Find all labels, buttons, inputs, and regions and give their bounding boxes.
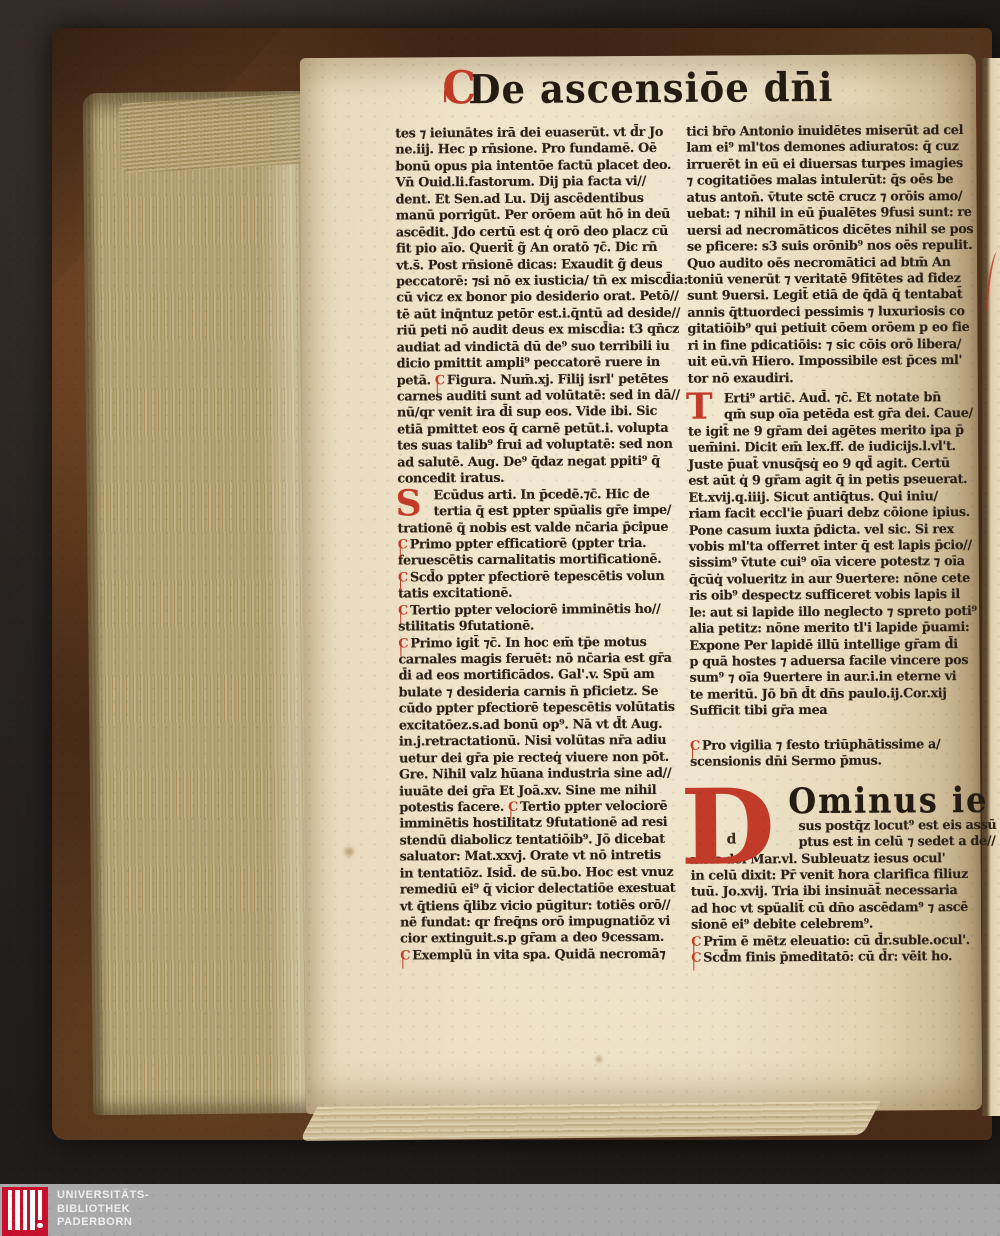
text-line: imminētis hostilitatz 9futationē ad resi [399, 815, 692, 833]
text-line: bulate ⁊ desideria carnis n̄ pficietz. S… [399, 684, 692, 702]
text-line: lam ei⁹ ml'tos demones adiuratos: q̄ cuz [686, 139, 979, 157]
text-line: fit pio aīo. Querit̄ g̃ An oratō ⁊c̄. Di… [396, 240, 689, 258]
text-line: sissim⁹ v̄tute cui⁹ oīa vicere potestz ⁊… [689, 554, 982, 572]
rubric-capitulum-icon: C [400, 948, 411, 965]
text-line: atus anton̄. v̄tute sctē crucz ⁊ orōis a… [687, 189, 980, 207]
dropcap-paragraph: SEcūdus arti. In p̄cedē.⁊c̄. Hic deterti… [397, 486, 690, 521]
text-line: CTertio ppter velociorē imminētis ho// [398, 601, 691, 619]
text-line: feruescētis carnalitatis mortificationē. [398, 552, 691, 570]
rubric-capitulum-icon: C [398, 636, 409, 653]
text-line: q̄cūq̇ volueritz in aur 9uertere: nōne c… [689, 571, 982, 589]
text-line: saluator: Mat.xxvj. Orate vt nō intretis [400, 848, 693, 866]
page-title-text: De ascensiōe dn̄i [468, 63, 833, 113]
text-line: audiat ad vindictā dū de⁹ suo terribili … [397, 338, 690, 356]
text-line: stilitatis 9futationē. [398, 618, 691, 636]
logo-bar [23, 1190, 28, 1230]
text-line: dent. Et Sen.ad Lu. Dij ascēdentibus [396, 190, 689, 208]
foxing-spot [596, 1056, 602, 1062]
library-name-line: UNIVERSITÄTS- [57, 1189, 149, 1203]
text-line: vt q̄tiens q̄libz vicio pūgitur: totiēs … [400, 897, 693, 915]
rubric-capitulum-icon: C [508, 800, 519, 817]
text-line: ne.iij. Hec p rn̄sione. Pro fundamē. Oē [395, 141, 688, 159]
text-line: uebat: ⁊ nihil in eū p̄ualētes 9fusi sun… [687, 205, 980, 223]
text-line: tertia q̄ est ppter spūalis gr̄e impe/ [398, 503, 691, 521]
library-name-line: PADERBORN [57, 1216, 149, 1230]
text-line: cū vicz ex bonor pio desiderio orat. Pet… [396, 289, 689, 307]
paderborn-library-logo-icon [2, 1187, 48, 1236]
text-line: vt.s̄. Post rn̄sionē dicas: Exaudit g̃ d… [396, 256, 689, 274]
text-line: ad hoc vt spūalit̄ cū dn̄o ascēdam⁹ ⁊ as… [691, 900, 984, 918]
text-line: d̄i ad eos mortificādos. Gal'.v. Spū am [399, 667, 692, 685]
rubricated-initial: S [395, 486, 421, 520]
text-line: ri in fine pdicatiōis: ⁊ sic cōis orō li… [688, 337, 981, 355]
text-line: uetur dei gr̄a pie recteq̇ viuere non pō… [399, 749, 692, 767]
text-line: ris oib⁹ despectz sufficeret vobis lapis… [689, 587, 982, 605]
text-line: le: aut si lapide illo neglecto ⁊ spreto… [689, 604, 982, 622]
guide-letter: d [727, 831, 737, 847]
text-line: uersi ad necromāticos dicētes nihil se p… [687, 222, 980, 240]
text-line: ascēdit. Jdo certū est q̇ orō deo placz … [396, 223, 689, 241]
text-line: ad salutē. Aug. De⁹ q̄daz negat ppiti⁹ q… [397, 453, 690, 471]
logo-bar [15, 1190, 20, 1230]
text-line: te meritū. Jō bn̄ d̄t dn̄s paulo.ij.Cor.… [690, 686, 983, 704]
facing-page-sliver [982, 58, 1000, 1116]
text-line: p quā hostes ⁊ aduersa facile vincere po… [689, 653, 982, 671]
text-line: cūdo ppter pfectiorē tepescētis volūtati… [399, 700, 692, 718]
library-name-line: BIBLIOTHEK [57, 1203, 149, 1217]
text-line: est aūt q̇ 9 gr̄am agit q̄ in petis pseu… [688, 472, 981, 490]
text-line: cior extinguit.s.p gr̄am a deo 9cessam. [400, 930, 693, 948]
text-line: nū/qr venit ira d̄i sup eos. Vide ibi. S… [397, 404, 690, 422]
text-line: tor nō exaudiri. [688, 369, 981, 387]
text-line: in tentatiōz. Isid̄. de sū.bo. Hoc est v… [400, 864, 693, 882]
text-line: trationē q̄ nobis est valde nc̄aria p̄ci… [398, 519, 691, 537]
foxing-spot [422, 417, 427, 422]
text-line: petā. CFigura. Num̄.xj. Filij isrl' petē… [397, 371, 690, 389]
logo-bar [30, 1190, 35, 1230]
text-line: se pficere: s3 suis orōnib⁹ nos oēs repu… [687, 238, 980, 256]
text-line: gitatiōib⁹ qui petiuit cōem orōem p eo f… [687, 320, 980, 338]
text-line: CScd̄o ppter pfectiorē tepescētis volun [398, 569, 691, 587]
text-line: iuuāte dei gr̄a Et Joā.xv. Sine me nihil [399, 782, 692, 800]
text-line: CPrimo ppter efficatiorē (ppter tria. [398, 536, 691, 554]
book-fore-edge [83, 91, 322, 1115]
incipit-heading: Ominus ie [690, 778, 983, 824]
text-line: tes suas talib⁹ frui ad voluptatē: sed n… [397, 437, 690, 455]
text-column-right: tici br̄o Antonio inuidētes miserūt ad c… [686, 123, 984, 967]
rubric-capitulum-icon: C [690, 738, 701, 755]
text-line: Ecūdus arti. In p̄cedē.⁊c̄. Hic de [397, 486, 690, 504]
text-line: Vn̄ Ouid.li.fastorum. Dij pia facta vi// [396, 174, 689, 192]
rubric-capitulum-icon: C [442, 61, 464, 114]
text-line: annis q̄ttuordeci pessimis ⁊ luxuriosis … [687, 304, 980, 322]
text-line: in.j.retractationū. Nisi volūtas nr̄a ad… [399, 733, 692, 751]
rubric-capitulum-icon: C [435, 373, 446, 390]
text-line: CPrīm ē mētz eleuatio: cū d̄r.suble.ocul… [691, 933, 984, 951]
logo-bar [8, 1190, 13, 1230]
text-line: excitatōez.s.ad bonū op⁹. Nā vt d̄t Aug. [399, 716, 692, 734]
text-line: riam facit eccl'ie p̄uari debz cōione ip… [689, 505, 982, 523]
text-line: Et.xvij.q.iiij. Sicut antiq̄tus. Qui ini… [688, 489, 981, 507]
text-line: Quo audito oēs necromātici ad btm̄ An [687, 254, 980, 272]
text-line: qm̄ sup oīa petēda est gr̄a dei. Caue/ [688, 406, 981, 424]
text-line: uit eū.vn̄ Hiero. Impossibile est p̄ces … [688, 353, 981, 371]
text-line: riū peti nō audit deus ex miscd̄ia: t3 q… [396, 322, 689, 340]
text-line: sunt 9uersi. Legit̄ etiā de q̄dā q̄ tent… [687, 287, 980, 305]
text-line: potestis facere. CTertio ppter velociorē [399, 799, 692, 817]
text-line: uem̄ini. Dicit em̄ lex.ff. de iudicijs.l… [688, 439, 981, 457]
dropcap-paragraph: TErti⁹ artic̄. Aud̄. ⁊c̄. Et notate bn̄q… [688, 390, 981, 425]
scan-photo: CDe ascensiōe dn̄i tes ⁊ ieiunātes irā d… [0, 0, 1000, 1236]
text-line: remediū ei⁹ q̄ vicior delectatiōe exestu… [400, 881, 693, 899]
text-column-left: tes ⁊ ieiunātes irā dei euaserūt. vt d̄r… [395, 125, 693, 965]
text-line: Gre. Nihil valz hūana industria sine ad/… [399, 766, 692, 784]
text-line: CPrimo igit̄ ⁊c̄. In hoc em̄ tp̄e motus [398, 634, 691, 652]
text-line: peccatorē: ⁊si nō ex iusticia/ tn̄ ex mi… [396, 273, 689, 291]
text-line: Pone casum iuxta p̄dicta. vel sic. Si re… [689, 521, 982, 539]
text-line: stendū diabolicz tentatiōib⁹. Jō dicebat [400, 832, 693, 850]
text-line: Expone Per lapidē illū intellige gr̄am d… [689, 636, 982, 654]
text-line: CPro vigilia ⁊ festo triūphātissime a/ [690, 737, 983, 755]
rubric-capitulum-icon: C [691, 934, 702, 951]
foxing-spot [345, 848, 354, 856]
printed-text-layer: CDe ascensiōe dn̄i tes ⁊ ieiunātes irā d… [300, 54, 982, 1114]
text-line: Juste p̄uat̄ vnusq̄sq̇ eo 9 qd̄ agit. Ce… [688, 456, 981, 474]
rubric-capitulum-icon: C [398, 603, 409, 620]
rubric-capitulum-icon: C [398, 570, 409, 587]
rubric-capitulum-icon: C [398, 537, 409, 554]
text-line: concedit iratus. [397, 470, 690, 488]
text-line: alia petitz: nōne merito tl'i lapide p̄u… [689, 620, 982, 638]
text-line: manū porrigūt. Per orōem aūt hō in deū [396, 207, 689, 225]
text-line: sum⁹ ⁊ oīa 9uertere in aur.i.in eterne v… [690, 669, 983, 687]
logo-bar-exclamation [38, 1190, 43, 1220]
library-name: UNIVERSITÄTS- BIBLIOTHEK PADERBORN [57, 1189, 149, 1230]
text-line: Sufficit tibi gr̄a mea [690, 702, 983, 720]
text-line: dicio pmittit ampli⁹ peccatorē ruere in [397, 355, 690, 373]
library-watermark-band: UNIVERSITÄTS- BIBLIOTHEK PADERBORN [0, 1184, 1000, 1236]
text-line: CExemplū in vita spa. Quidā necromā⁊ [400, 947, 693, 965]
text-line: etiā pmittet eos q̄ carnē petūt.i. volup… [397, 421, 690, 439]
text-line: ⁊ cogitatiōes malas intulerūt: q̄s oēs b… [686, 172, 979, 190]
text-line: sionē ei⁹ debite celebrem⁹. [691, 916, 984, 934]
sermon-incipit-block: DdOminus iesus postq̄z locut⁹ est eis as… [690, 778, 983, 853]
rubric-capitulum-icon: C [691, 951, 702, 968]
text-line: CScd̄m finis p̄meditatō: cū d̄r: vēit ho… [691, 949, 984, 967]
column-gap [690, 719, 983, 739]
rubricated-initial: T [686, 390, 713, 424]
text-line: tatis excitationē. [398, 585, 691, 603]
page-title: CDe ascensiōe dn̄i [300, 58, 976, 115]
